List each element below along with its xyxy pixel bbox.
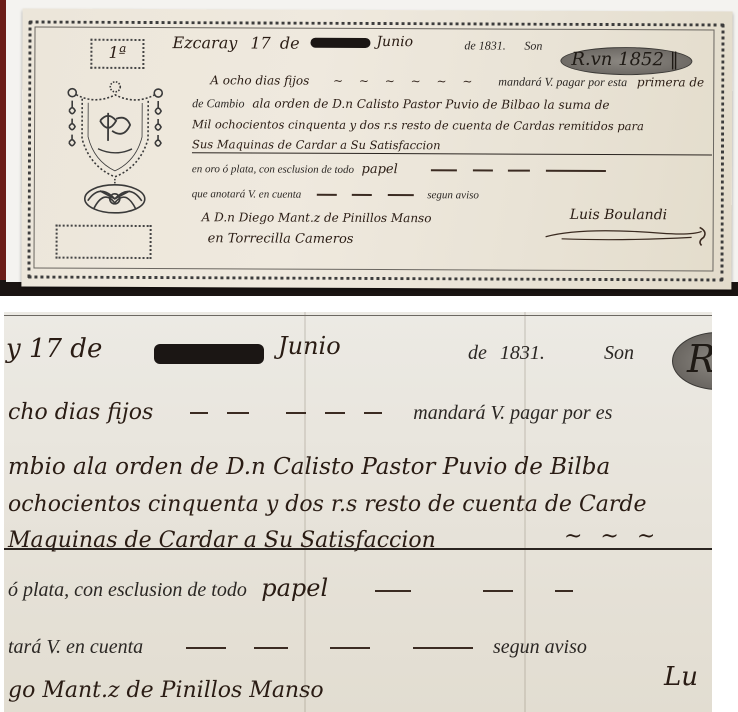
printed-segun-aviso: segun aviso bbox=[493, 636, 587, 658]
filler-dash bbox=[375, 590, 411, 592]
filler-dash bbox=[190, 412, 208, 414]
bill-of-exchange: 1ª Ezcaray bbox=[21, 8, 732, 289]
filler-dash bbox=[388, 194, 414, 196]
filler-dash bbox=[413, 647, 473, 649]
filler-dash bbox=[352, 194, 372, 196]
purpose-line: Sus Maquinas de Cardar a Su Satisfaccion bbox=[192, 137, 441, 152]
order-line-2: de Cambio ala orden de D.n Calisto Pasto… bbox=[192, 96, 609, 113]
year-prefix: de bbox=[468, 342, 487, 364]
day-of: de bbox=[280, 34, 300, 53]
filler-dash bbox=[508, 170, 530, 172]
term-text: cho dias fijos bbox=[8, 400, 153, 425]
printed-segun-aviso: segun aviso bbox=[427, 189, 479, 201]
currency-line: ó plata, con esclusion de todo papel bbox=[8, 574, 579, 602]
filler-dash bbox=[555, 590, 573, 592]
order-line-1: A ocho dias fijos ~ ~ ~ ~ ~ ~ mandará V.… bbox=[210, 73, 704, 90]
filler-dash bbox=[317, 194, 337, 196]
printed-currency-clause: en oro ó plata, con esclusion de todo bbox=[192, 163, 354, 176]
redaction-mark bbox=[310, 38, 370, 48]
order-line-2: cho dias fijos mandará V. pagar por es bbox=[8, 400, 612, 425]
filler-dash bbox=[546, 170, 606, 172]
monogram-emblem-icon bbox=[60, 79, 171, 219]
year-prefix: de bbox=[464, 38, 475, 52]
filler-tildes: ~~~ bbox=[564, 524, 673, 549]
account-line: tará V. en cuenta segun aviso bbox=[8, 634, 587, 659]
papel-text: papel bbox=[261, 574, 328, 602]
currency-line: en oro ó plata, con esclusion de todo pa… bbox=[192, 161, 612, 178]
signature-fragment: Lu bbox=[664, 662, 698, 692]
account-line: que anotará V. en cuenta segun aviso bbox=[192, 187, 479, 201]
amount-oval: R.vn 1852 ‖ bbox=[560, 47, 692, 76]
signature-flourish-icon bbox=[542, 223, 722, 248]
amount-words-line: Mil ochocientos cinquenta y dos r.s rest… bbox=[192, 117, 644, 133]
filler-dash bbox=[254, 647, 288, 649]
filler-dash bbox=[286, 412, 306, 414]
filler-dash bbox=[431, 169, 457, 171]
frame-rule bbox=[4, 315, 712, 316]
place: Ezcaray bbox=[172, 33, 237, 52]
filler-dashes: ~ ~ ~ ~ ~ ~ bbox=[333, 74, 478, 89]
payee-text: ala orden de D.n Calisto Pastor Puvio de… bbox=[252, 96, 609, 112]
amount-value: R.vn 1852 ‖ bbox=[571, 49, 678, 70]
amount-oval: R bbox=[672, 332, 712, 390]
year: 1831. bbox=[479, 38, 506, 52]
place-date-line: Ezcaray 17 de bbox=[172, 33, 299, 53]
filler-dash bbox=[483, 590, 513, 592]
redaction-mark bbox=[154, 344, 264, 364]
year: 1831. bbox=[500, 342, 545, 364]
term-text: A ocho dias fijos bbox=[210, 73, 309, 87]
year-line: de 1831. bbox=[468, 342, 545, 365]
addressee-name: A D.n Diego Mant.z de Pinillos Manso bbox=[202, 210, 432, 225]
printed-currency-clause: ó plata, con esclusion de todo bbox=[8, 579, 247, 601]
filler-dash bbox=[330, 647, 370, 649]
enlarged-detail-photo: y 17 de Junio de 1831. Son R cho dias fi… bbox=[4, 312, 712, 712]
copy-ordinal: primera de bbox=[637, 75, 704, 89]
copy-number-box: 1ª bbox=[90, 39, 144, 69]
date-fragment: y 17 de bbox=[6, 334, 102, 364]
printed-account-clause: tará V. en cuenta bbox=[8, 636, 143, 658]
filler-dash bbox=[227, 412, 249, 414]
addressee-place: en Torrecilla Cameros bbox=[208, 231, 354, 247]
filler-dash bbox=[325, 412, 345, 414]
amount-words-line: ochocientos cinquenta y dos r.s resto de… bbox=[8, 492, 647, 517]
full-document-photo: 1ª Ezcaray bbox=[0, 0, 738, 296]
addressee-name: go Mant.z de Pinillos Manso bbox=[8, 678, 324, 703]
son-label: Son bbox=[604, 342, 634, 365]
copy-number: 1ª bbox=[92, 43, 142, 62]
blank-stamp-box bbox=[56, 225, 152, 259]
year-line: de 1831. bbox=[464, 38, 505, 53]
filler-dash bbox=[186, 647, 226, 649]
printed-instruction: mandará V. pagar por es bbox=[413, 402, 612, 424]
amount-oval-letter: R bbox=[687, 337, 712, 381]
printed-instruction: mandará V. pagar por esta bbox=[498, 75, 627, 90]
filler-dash bbox=[364, 412, 382, 414]
filler-dash bbox=[473, 170, 493, 172]
payee-line: mbio ala orden de D.n Calisto Pastor Puv… bbox=[8, 454, 610, 480]
month: Junio bbox=[278, 332, 341, 360]
printed-de-cambio: de Cambio bbox=[192, 96, 244, 110]
son-label: Son bbox=[524, 39, 542, 54]
day: 17 bbox=[250, 33, 270, 52]
papel-text: papel bbox=[362, 162, 398, 177]
printed-account-clause: que anotará V. en cuenta bbox=[192, 188, 302, 200]
month: Junio bbox=[376, 34, 413, 50]
drawer-signature: Luis Boulandi bbox=[570, 207, 668, 223]
